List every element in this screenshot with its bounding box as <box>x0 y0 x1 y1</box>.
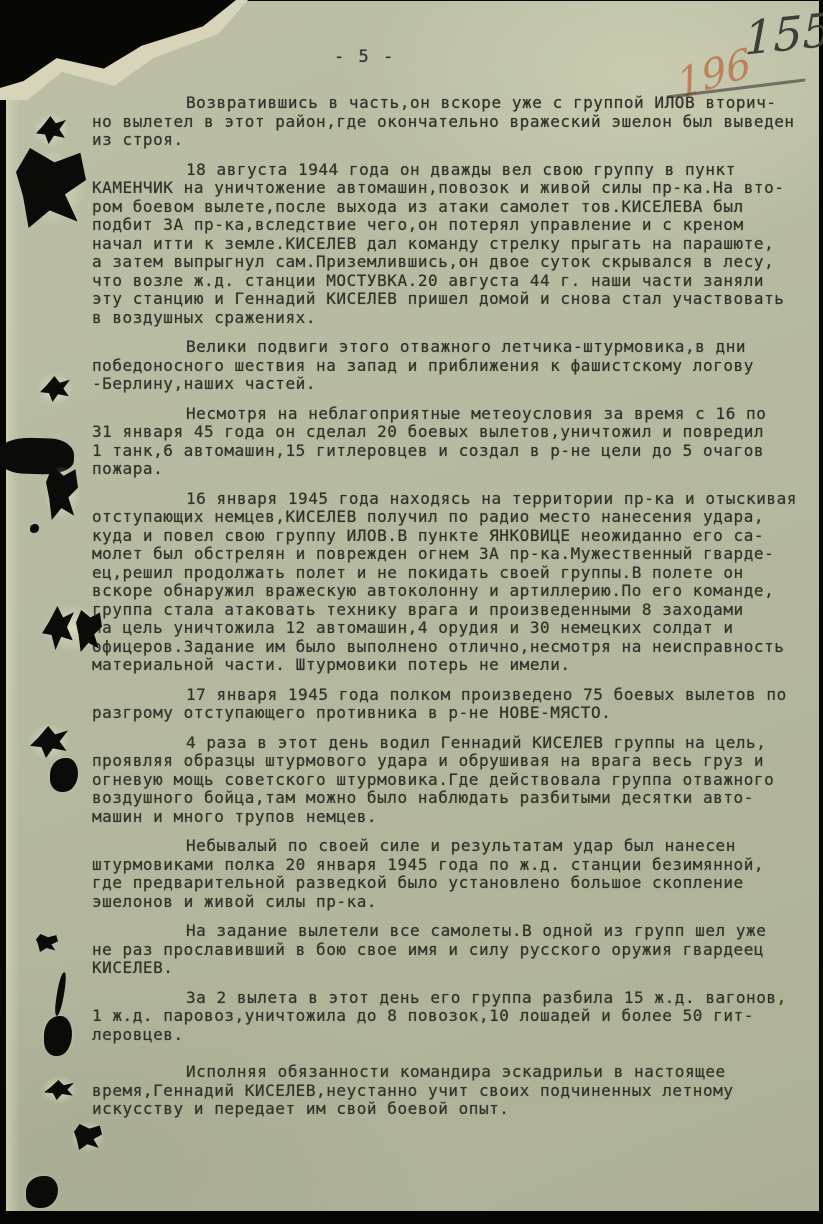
text-line: ец,решил продолжать полет и не покидать … <box>92 564 808 583</box>
text-line: время,Геннадий КИСЕЛЕВ,неустанно учит св… <box>92 1082 808 1101</box>
text-line: пожара. <box>92 460 808 479</box>
paragraph: Исполняя обязанности командира эскадриль… <box>92 1063 808 1119</box>
paragraph: 16 января 1945 года находясь на территор… <box>92 490 808 675</box>
paragraph: На задание вылетели все самолеты.В одной… <box>92 922 808 978</box>
paragraph: Велики подвиги этого отважного летчика-ш… <box>92 338 808 394</box>
text-line: но вылетел в этот район,где окончательно… <box>92 113 808 132</box>
text-line: эшелонов и живой силы пр-ка. <box>92 893 808 912</box>
paragraph: 18 августа 1944 года он дважды вел свою … <box>92 161 808 328</box>
text-line: победоносного шествия на запад и приближ… <box>92 357 808 376</box>
handwritten-sheet-number: 155 <box>744 2 823 65</box>
text-line: вскоре обнаружил вражескую автоколонну и… <box>92 582 808 601</box>
text-line: куда и повел свою группу ИЛОВ.В пункте Я… <box>92 527 808 546</box>
text-line: машин и много трупов немцев. <box>92 808 808 827</box>
text-line: проявляя образцы штурмового удара и обру… <box>92 752 808 771</box>
paragraph: За 2 вылета в этот день его группа разби… <box>92 989 808 1045</box>
text-line: искусству и передает им свой боевой опыт… <box>92 1100 808 1119</box>
text-line: 17 января 1945 года полком произведено 7… <box>92 686 808 705</box>
paragraph: 17 января 1945 года полком произведено 7… <box>92 686 808 723</box>
paragraph: Несмотря на неблагоприятные метеоусловия… <box>92 405 808 479</box>
text-line: эту станцию и Геннадий КИСЕЛЕВ пришел до… <box>92 290 808 309</box>
text-line: 4 раза в этот день водил Геннадий КИСЕЛЕ… <box>92 734 808 753</box>
text-line: Велики подвиги этого отважного летчика-ш… <box>92 338 808 357</box>
paragraph: Небывалый по своей силе и результатам уд… <box>92 837 808 911</box>
text-line: а затем выпрыгнул сам.Приземлившись,он д… <box>92 253 808 272</box>
text-line: группа стала атаковать технику врага и п… <box>92 601 808 620</box>
text-line: подбит ЗА пр-ка,вследствие чего,он потер… <box>92 216 808 235</box>
text-line: начал итти к земле.КИСЕЛЕВ дал команду с… <box>92 235 808 254</box>
text-line: материальной части. Штурмовики потерь не… <box>92 656 808 675</box>
text-line: ром боевом вылете,после выхода из атаки … <box>92 198 808 217</box>
text-line: КИСЕЛЕВ. <box>92 959 808 978</box>
text-line: 1 ж.д. паровоз,уничтожила до 8 повозок,1… <box>92 1007 808 1026</box>
text-line: Небывалый по своей силе и результатам уд… <box>92 837 808 856</box>
text-line: 18 августа 1944 года он дважды вел свою … <box>92 161 808 180</box>
text-line: огневую мощь советского штурмовика.Где д… <box>92 771 808 790</box>
text-line: на цель уничтожила 12 автомашин,4 орудия… <box>92 619 808 638</box>
text-line: Несмотря на неблагоприятные метеоусловия… <box>92 405 808 424</box>
text-line: штурмовиками полка 20 января 1945 года п… <box>92 856 808 875</box>
text-line: На задание вылетели все самолеты.В одной… <box>92 922 808 941</box>
text-line: где предварительной разведкой было устан… <box>92 874 808 893</box>
text-line: За 2 вылета в этот день его группа разби… <box>92 989 808 1008</box>
paragraph: Возвратившись в часть,он вскоре уже с гр… <box>92 94 808 150</box>
text-line: молет был обстрелян и поврежден огнем ЗА… <box>92 545 808 564</box>
text-line: леровцев. <box>92 1026 808 1045</box>
text-line: из строя. <box>92 131 808 150</box>
text-line: КАМЕНЧИК на уничтожение автомашин,повозо… <box>92 179 808 198</box>
page-number: - 5 - <box>334 47 395 67</box>
text-line: Исполняя обязанности командира эскадриль… <box>92 1063 808 1082</box>
text-line: воздушного бойца,там можно было наблюдат… <box>92 789 808 808</box>
text-line: 31 января 45 года он сделал 20 боевых вы… <box>92 423 808 442</box>
typed-text-body: Возвратившись в часть,он вскоре уже с гр… <box>92 94 808 1130</box>
text-line: 16 января 1945 года находясь на территор… <box>92 490 808 509</box>
text-line: в воздушных сражениях. <box>92 309 808 328</box>
text-line: офицеров.Задание им было выполнено отлич… <box>92 638 808 657</box>
text-line: разгрому отступающего противника в р-не … <box>92 704 808 723</box>
text-line: не раз прославивший в бою свое имя и сил… <box>92 941 808 960</box>
text-line: 1 танк,6 автомашин,15 гитлеровцев и созд… <box>92 442 808 461</box>
text-line: -Берлину,наших частей. <box>92 375 808 394</box>
text-line: Возвратившись в часть,он вскоре уже с гр… <box>92 94 808 113</box>
text-line: отступающих немцев,КИСЕЛЕВ получил по ра… <box>92 508 808 527</box>
paragraph: 4 раза в этот день водил Геннадий КИСЕЛЕ… <box>92 734 808 827</box>
document-page: 250 - 5 - 155 196 Возвратившись в часть,… <box>6 1 819 1211</box>
text-line: что возле ж.д. станции МОСТУВКА.20 авгус… <box>92 272 808 291</box>
